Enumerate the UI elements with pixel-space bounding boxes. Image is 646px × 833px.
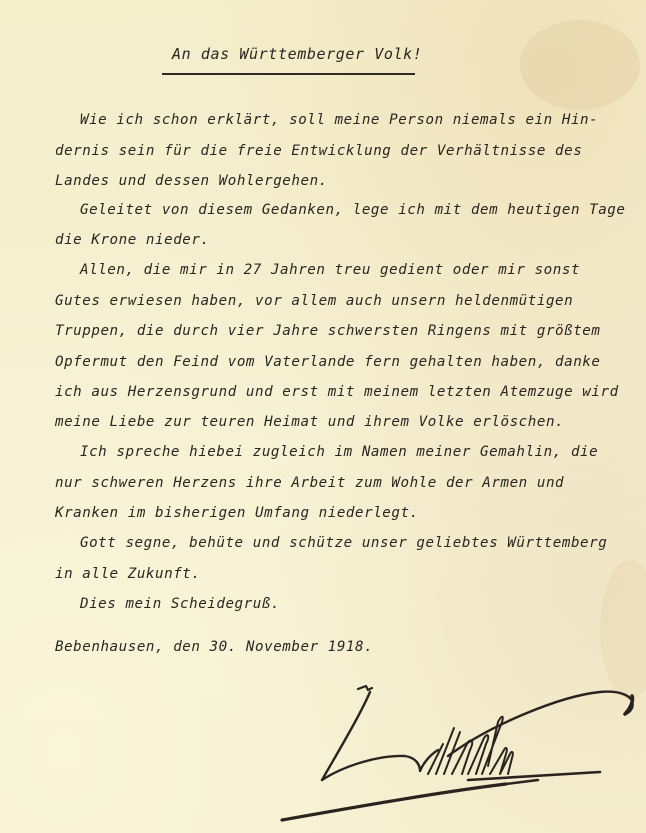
title-underline [162, 73, 415, 75]
text-line: Dies mein Scheidegruß. [80, 595, 280, 613]
text-line: Opfermut den Feind vom Vaterlande fern g… [55, 353, 601, 371]
text-line: Gutes erwiesen haben, vor allem auch uns… [55, 292, 573, 310]
text-line: Allen, die mir in 27 Jahren treu gedient… [80, 261, 580, 279]
signature-wilhelm [270, 670, 646, 833]
text-line: Ich spreche hiebei zugleich im Namen mei… [80, 443, 598, 461]
text-line: ich aus Herzensgrund und erst mit meinem… [55, 383, 619, 401]
text-line: die Krone nieder. [55, 231, 210, 249]
document-title: An das Württemberger Volk! [172, 45, 422, 63]
text-line: Kranken im bisherigen Umfang niederlegt. [55, 504, 419, 522]
text-line: Gott segne, behüte und schütze unser gel… [80, 534, 607, 552]
text-line: meine Liebe zur teuren Heimat und ihrem … [55, 413, 564, 431]
text-line: Geleitet von diesem Gedanken, lege ich m… [80, 201, 626, 219]
text-line: nur schweren Herzens ihre Arbeit zum Woh… [55, 474, 564, 492]
text-line: Landes und dessen Wohlergehen. [55, 172, 328, 190]
document-page: An das Württemberger Volk! Wie ich schon… [0, 0, 646, 833]
place-date-line: Bebenhausen, den 30. November 1918. [55, 638, 373, 656]
text-line: in alle Zukunft. [55, 565, 200, 583]
text-line: dernis sein für die freie Entwicklung de… [55, 142, 582, 160]
text-line: Wie ich schon erklärt, soll meine Person… [80, 111, 598, 129]
text-line: Truppen, die durch vier Jahre schwersten… [55, 322, 601, 340]
paper-stain [520, 20, 640, 110]
